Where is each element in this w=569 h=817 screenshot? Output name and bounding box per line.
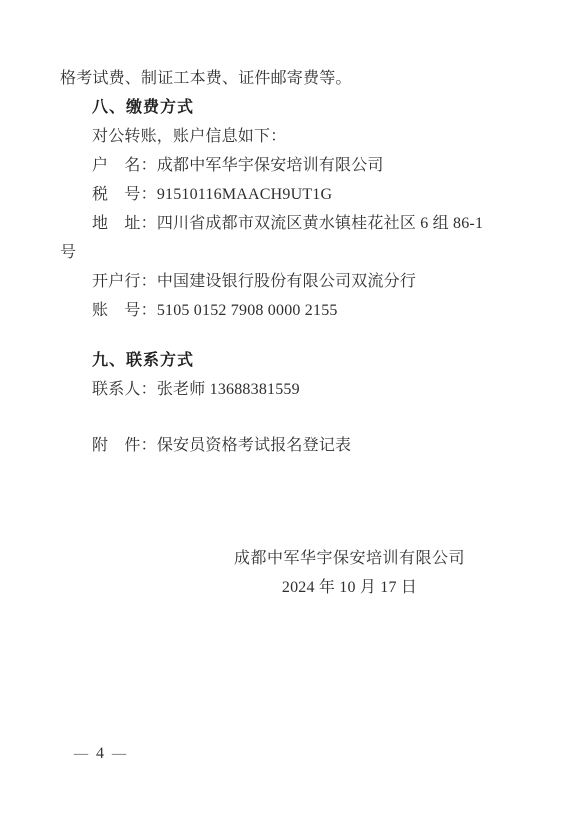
- signature-date: 2024 年 10 月 17 日: [234, 573, 465, 602]
- document-body: 格考试费、制证工本费、证件邮寄费等。 八、缴费方式 对公转账，账户信息如下： 户…: [60, 64, 525, 602]
- field-value-bank-branch: 中国建设银行股份有限公司双流分行: [157, 273, 416, 290]
- field-value-tax-number: 91510116MAACH9UT1G: [157, 186, 332, 203]
- field-row-contact-person: 联系人：张老师 13688381559: [60, 375, 525, 404]
- field-value-account-name: 成都中军华宇保安培训有限公司: [157, 157, 384, 174]
- field-value-contact-person: 张老师 13688381559: [157, 381, 300, 398]
- field-label-address: 地 址：: [92, 215, 157, 232]
- address-wrap-line: 号: [60, 238, 525, 267]
- field-label-bank-branch: 开户行：: [92, 273, 157, 290]
- field-label-account-name: 户 名：: [92, 157, 157, 174]
- page-number-value: 4: [96, 744, 104, 764]
- field-label-account-number: 账 号：: [92, 302, 157, 319]
- field-row-attachment: 附 件：保安员资格考试报名登记表: [60, 431, 525, 460]
- field-row-address: 地 址：四川省成都市双流区黄水镇桂花社区 6 组 86-1: [60, 209, 525, 238]
- page-number-dash-left: —: [73, 744, 89, 764]
- paragraph-fee-items-overflow: 格考试费、制证工本费、证件邮寄费等。: [60, 64, 525, 93]
- field-value-address: 四川省成都市双流区黄水镇桂花社区 6 组 86-1: [157, 215, 483, 232]
- field-row-tax-number: 税 号：91510116MAACH9UT1G: [60, 180, 525, 209]
- field-row-account-number: 账 号：5105 0152 7908 0000 2155: [60, 296, 525, 325]
- field-row-bank-branch: 开户行：中国建设银行股份有限公司双流分行: [60, 267, 525, 296]
- field-value-account-number: 5105 0152 7908 0000 2155: [157, 302, 338, 319]
- section-heading-payment: 八、缴费方式: [60, 93, 525, 122]
- paragraph-transfer-intro: 对公转账，账户信息如下：: [60, 122, 525, 151]
- field-row-account-name: 户 名：成都中军华宇保安培训有限公司: [60, 151, 525, 180]
- page-number: — 4 —: [73, 744, 127, 764]
- document-page: 格考试费、制证工本费、证件邮寄费等。 八、缴费方式 对公转账，账户信息如下： 户…: [0, 0, 569, 817]
- signature-block: 成都中军华宇保安培训有限公司 2024 年 10 月 17 日: [234, 544, 465, 602]
- section-heading-contact: 九、联系方式: [60, 346, 525, 375]
- field-label-tax-number: 税 号：: [92, 186, 157, 203]
- field-label-contact-person: 联系人：: [92, 381, 157, 398]
- page-number-dash-right: —: [111, 744, 127, 764]
- field-value-attachment: 保安员资格考试报名登记表: [157, 437, 351, 454]
- signature-company-name: 成都中军华宇保安培训有限公司: [234, 544, 465, 573]
- field-label-attachment: 附 件：: [92, 437, 157, 454]
